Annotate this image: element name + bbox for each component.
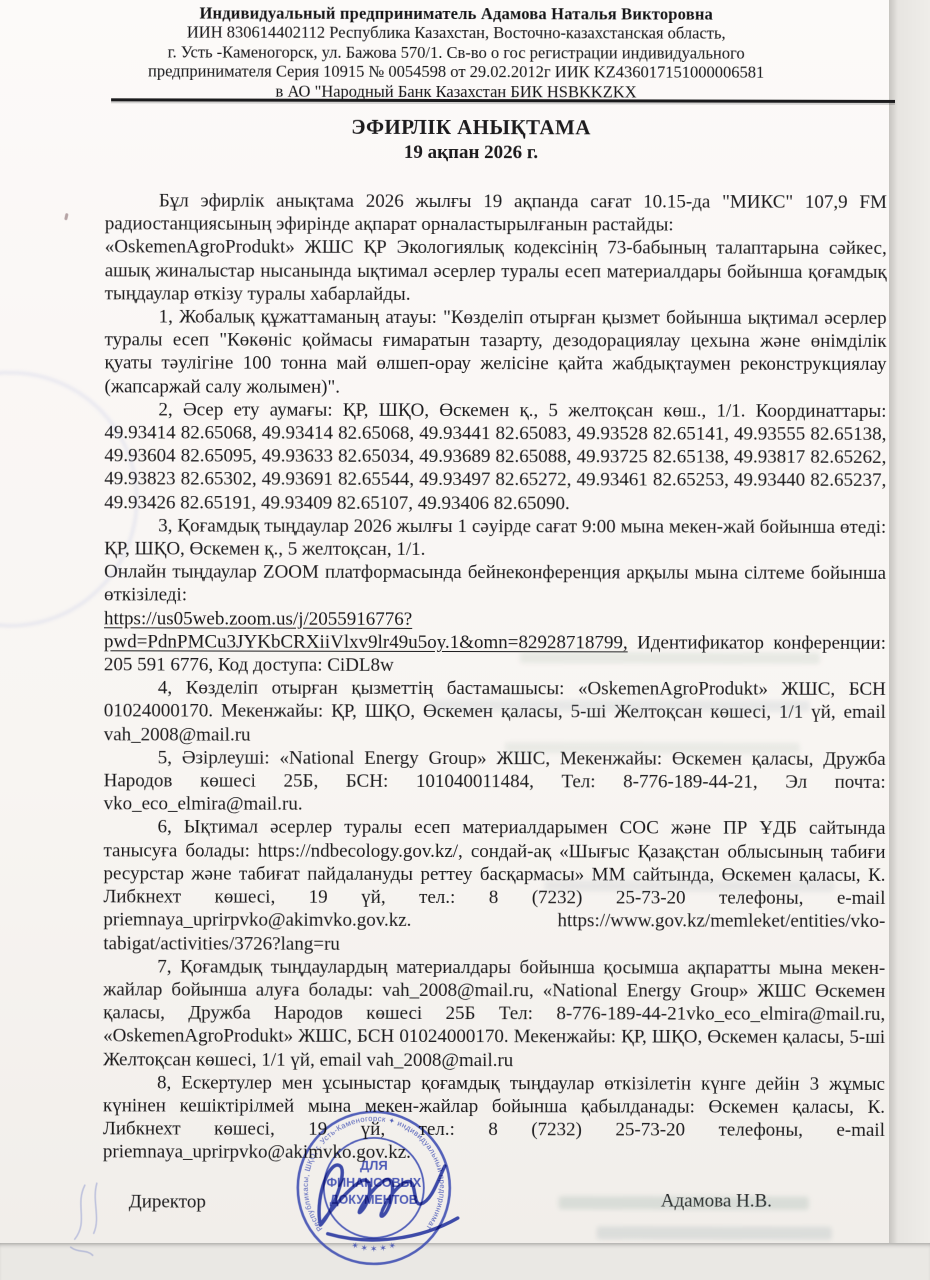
bleedthrough-text-smudge — [430, 700, 810, 712]
page-title: ЭФИРЛІК АНЫҚТАМА — [111, 114, 831, 141]
letterhead-line: ИИН 830614402112 Республика Казахстан, В… — [56, 23, 856, 44]
signer-role: Директор — [129, 1191, 206, 1213]
zoom-meeting-link: https://us05web.zoom.us/j/2055916776?pwd… — [104, 608, 628, 653]
letterhead-line: предпринимателя Серия 10915 № 0054598 от… — [56, 61, 856, 82]
bleedthrough-text-smudge — [544, 880, 834, 892]
bleedthrough-text-smudge — [520, 652, 820, 664]
scanned-document: Индивидуальный предприниматель Адамова Н… — [0, 0, 930, 1280]
bleedthrough-text-smudge — [559, 1196, 809, 1210]
document-body: Бұл эфирлік анықтама 2026 жылғы 19 ақпан… — [103, 189, 887, 1165]
paragraph-item-2-coordinates: 2, Әсер ету аумағы: ҚР, ШҚО, Өскемен қ.,… — [104, 398, 886, 516]
handwritten-signature — [282, 1122, 492, 1267]
scan-speck — [64, 213, 68, 220]
paragraph-intro: Бұл эфирлік анықтама 2026 жылғы 19 ақпан… — [105, 189, 887, 307]
ink-smudge — [57, 1177, 137, 1267]
letterhead-line: г. Усть -Каменогорск, ул. Бажова 570/1. … — [56, 42, 856, 63]
paragraph-item-8: 8, Ескертулер мен ұсыныстар қоғамдық тың… — [103, 1071, 885, 1165]
paragraph-item-1: 1, Жобалық құжаттаманың атауы: "Көзделіп… — [104, 305, 886, 399]
paragraph-item-4: 4, Көзделіп отырған қызметтің бастамашыс… — [104, 677, 886, 748]
letterhead-line: Индивидуальный предприниматель Адамова Н… — [56, 3, 856, 24]
title-block: ЭФИРЛІК АНЫҚТАМА 19 ақпан 2026 г. — [111, 114, 831, 165]
scan-edge-right — [889, 0, 930, 1280]
paragraph-item-7: 7, Қоғамдық тыңдаулардың материалдары бо… — [103, 955, 885, 1073]
document-date: 19 ақпан 2026 г. — [111, 141, 831, 165]
page-content: Индивидуальный предприниматель Адамова Н… — [0, 0, 890, 1244]
bleedthrough-text-smudge — [505, 742, 800, 754]
bleedthrough-text-smudge — [597, 1226, 832, 1239]
paragraph-item-5: 5, Әзірлеуші: «National Energy Group» ЖШ… — [104, 746, 886, 817]
header-divider — [111, 98, 895, 103]
item-3-text: 3, Қоғамдық тыңдаулар 2026 жылғы 1 сәуір… — [104, 515, 891, 606]
letterhead: Индивидуальный предприниматель Адамова Н… — [56, 3, 856, 102]
